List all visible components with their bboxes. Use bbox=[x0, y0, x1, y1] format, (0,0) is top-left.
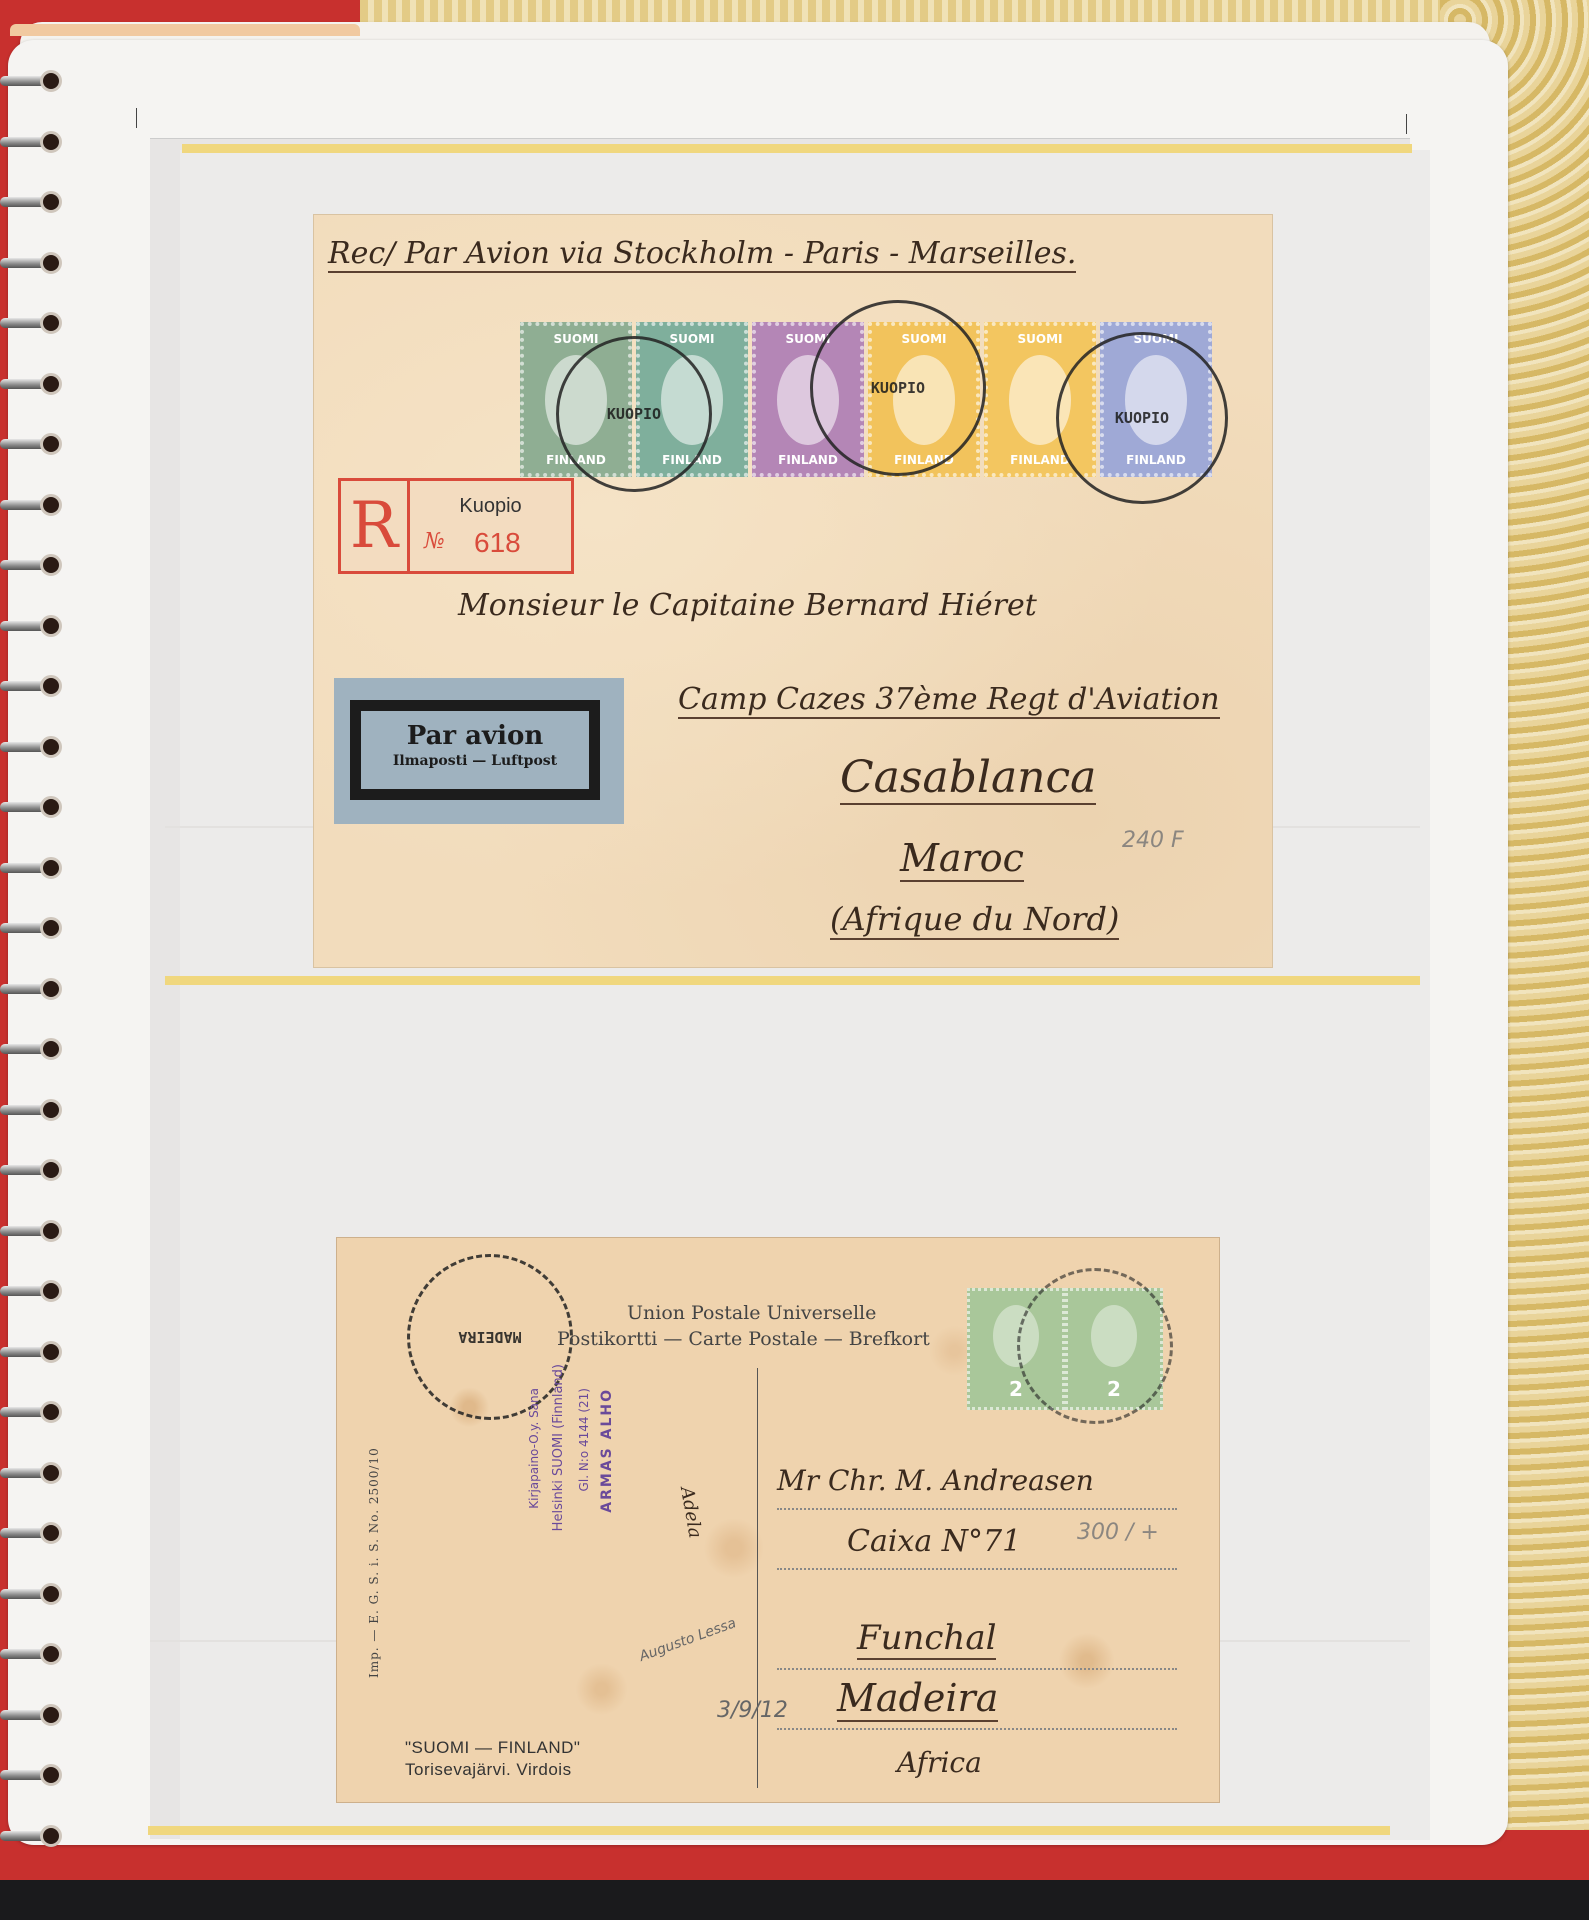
routing-note: Rec/ Par Avion via Stockholm - Paris - M… bbox=[328, 236, 1076, 273]
binding-ring bbox=[0, 1825, 66, 1847]
recipient-name: Mr Chr. M. Andreasen bbox=[777, 1464, 1094, 1497]
recipient-island: Madeira bbox=[837, 1676, 998, 1722]
publisher-city: Helsinki SUOMI (Finnland) bbox=[551, 1364, 566, 1531]
binding-ring bbox=[0, 796, 66, 818]
binding-ring bbox=[0, 1522, 66, 1544]
postmark bbox=[1017, 1268, 1173, 1424]
binding-ring bbox=[0, 252, 66, 274]
binding-ring bbox=[0, 1220, 66, 1242]
binding-ring bbox=[0, 615, 66, 637]
address-line: Camp Cazes 37ème Regt d'Aviation bbox=[678, 682, 1220, 719]
signature-note: Augusto Lessa bbox=[637, 1615, 738, 1665]
pencil-price: 240 F bbox=[1122, 828, 1184, 853]
binding-ring bbox=[0, 191, 66, 213]
binding-ring bbox=[0, 1341, 66, 1363]
binding-ring bbox=[0, 857, 66, 879]
binding-ring bbox=[0, 1704, 66, 1726]
address-dotline bbox=[777, 1728, 1177, 1730]
address-city: Casablanca bbox=[840, 752, 1096, 805]
binding-ring bbox=[0, 1401, 66, 1423]
binding-ring bbox=[0, 978, 66, 1000]
binding-ring bbox=[0, 1462, 66, 1484]
card-caption-place: Torisevajärvi. Virdois bbox=[405, 1760, 572, 1780]
binding-ring bbox=[0, 1038, 66, 1060]
address-region: (Afrique du Nord) bbox=[830, 900, 1119, 940]
binding-ring bbox=[0, 1099, 66, 1121]
binding-ring bbox=[0, 1643, 66, 1665]
binding-ring bbox=[0, 131, 66, 153]
postcard[interactable]: MADEIRA Union Postale Universelle Postik… bbox=[337, 1238, 1219, 1802]
binding-ring bbox=[0, 1159, 66, 1181]
postmark: KUOPIO bbox=[810, 300, 986, 476]
airmail-title: Par avion bbox=[361, 721, 589, 751]
page-corner-mark bbox=[1406, 114, 1407, 134]
airmail-subtitle: Ilmaposti — Luftpost bbox=[361, 753, 589, 769]
registration-letter: R bbox=[341, 481, 410, 571]
address-country: Maroc bbox=[900, 836, 1024, 882]
registration-label: R Kuopio № 618 bbox=[338, 478, 574, 574]
binding-ring bbox=[0, 1583, 66, 1605]
pencil-price: 300 / + bbox=[1077, 1520, 1159, 1545]
binding-ring bbox=[0, 433, 66, 455]
binding-ring bbox=[0, 373, 66, 395]
airmail-etiquette: Par avion Ilmaposti — Luftpost bbox=[334, 678, 624, 824]
publisher-printer: Kirjapaino-O.y. Sana bbox=[527, 1388, 541, 1509]
binding-ring bbox=[0, 494, 66, 516]
registration-number: 618 bbox=[474, 527, 521, 559]
card-divider bbox=[757, 1368, 758, 1788]
binding-ring bbox=[0, 1764, 66, 1786]
binding-ring bbox=[0, 736, 66, 758]
address-line: Monsieur le Capitaine Bernard Hiéret bbox=[458, 588, 1037, 623]
recipient-city: Funchal bbox=[857, 1618, 996, 1660]
publisher-ref: Gl. N:o 4144 (21) bbox=[577, 1388, 591, 1491]
handwritten-date: 3/9/12 bbox=[717, 1698, 788, 1723]
binding-ring bbox=[0, 675, 66, 697]
margin-note: Adela bbox=[676, 1485, 706, 1540]
printer-line: Imp. — E. G. S. i. S. No. 2500/10 bbox=[367, 1358, 381, 1678]
publisher-name: ARMAS ALHO bbox=[599, 1388, 615, 1513]
binding-ring bbox=[0, 312, 66, 334]
madeira-postmark: MADEIRA bbox=[407, 1254, 573, 1420]
yellow-mount-strip bbox=[165, 976, 1420, 985]
card-caption-title: "SUOMI — FINLAND" bbox=[405, 1738, 580, 1758]
page-tab bbox=[10, 24, 360, 36]
binding-ring bbox=[0, 70, 66, 92]
yellow-mount-strip bbox=[148, 1826, 1390, 1835]
upu-heading: Union Postale Universelle bbox=[627, 1302, 876, 1324]
postmark: KUOPIO bbox=[1056, 332, 1228, 504]
binding-ring bbox=[0, 554, 66, 576]
address-dotline bbox=[777, 1508, 1177, 1510]
recipient-continent: Africa bbox=[897, 1746, 982, 1779]
binding-ring bbox=[0, 1280, 66, 1302]
card-type-heading: Postikortti — Carte Postale — Brefkort bbox=[557, 1328, 930, 1350]
address-dotline bbox=[777, 1568, 1177, 1570]
binding-ring bbox=[0, 917, 66, 939]
postmark: KUOPIO bbox=[556, 336, 712, 492]
address-dotline bbox=[777, 1668, 1177, 1670]
registration-town: Kuopio bbox=[410, 495, 571, 518]
yellow-mount-strip bbox=[182, 144, 1412, 153]
numero-sign: № bbox=[424, 529, 445, 554]
page-corner-mark bbox=[136, 108, 137, 128]
recipient-box: Caixa N°71 bbox=[847, 1524, 1021, 1559]
